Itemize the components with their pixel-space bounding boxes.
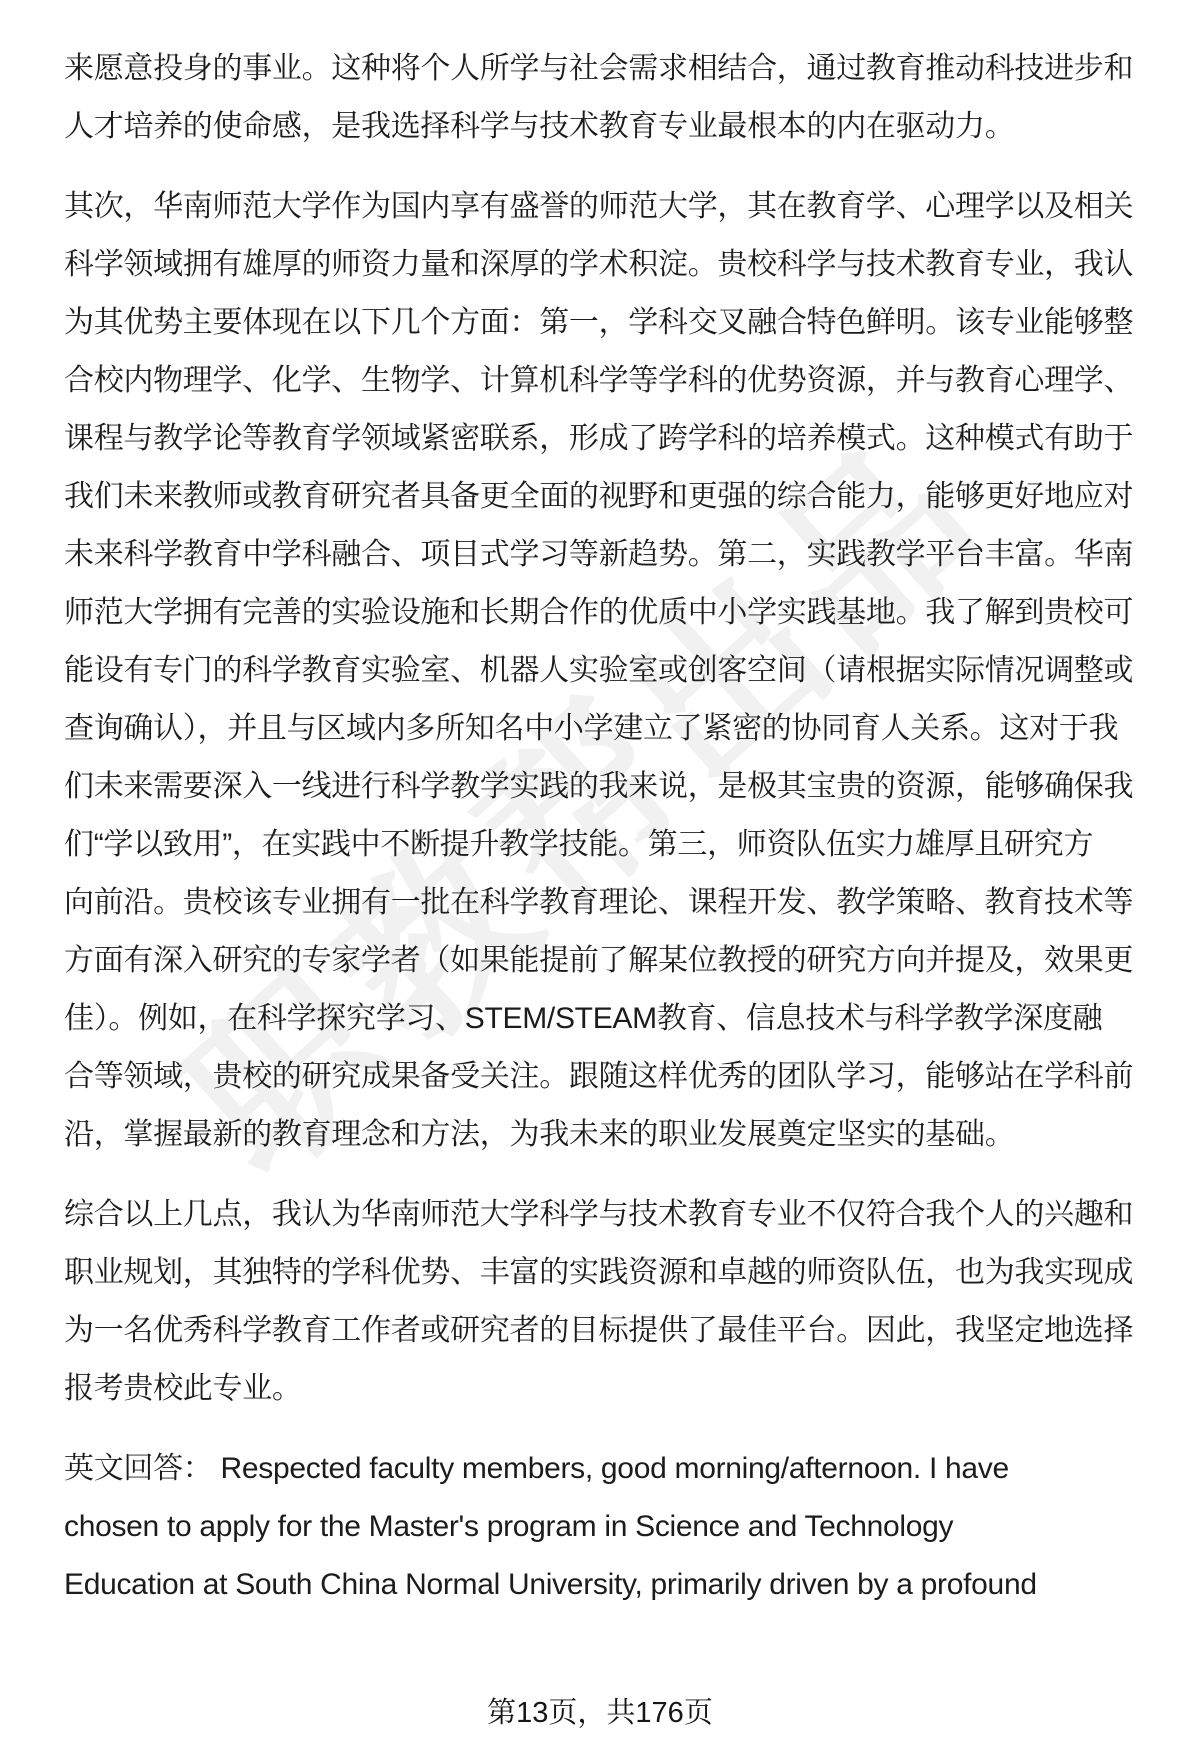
text-line: 未来科学教育中学科融合、项目式学习等新趋势。第二，实践教学平台丰富。华南 (64, 526, 1136, 584)
text-line: 职业规划，其独特的学科优势、丰富的实践资源和卓越的师资队伍，也为我实现成 (64, 1244, 1136, 1302)
text-line: 们未来需要深入一线进行科学教学实践的我来说，是极其宝贵的资源，能够确保我 (64, 758, 1136, 816)
text-line: 人才培养的使命感，是我选择科学与技术教育专业最根本的内在驱动力。 (64, 98, 1136, 156)
text-line: 课程与教学论等教育学领域紧密联系，形成了跨学科的培养模式。这种模式有助于 (64, 410, 1136, 468)
text-line: chosen to apply for the Master's program… (64, 1498, 1136, 1556)
text-line: 科学领域拥有雄厚的师资力量和深厚的学术积淀。贵校科学与技术教育专业，我认 (64, 236, 1136, 294)
text-line: 合等领域，贵校的研究成果备受关注。跟随这样优秀的团队学习，能够站在学科前 (64, 1048, 1136, 1106)
text-line: 为一名优秀科学教育工作者或研究者的目标提供了最佳平台。因此，我坚定地选择 (64, 1302, 1136, 1360)
text-line: 方面有深入研究的专家学者（如果能提前了解某位教授的研究方向并提及，效果更 (64, 932, 1136, 990)
text-line: 向前沿。贵校该专业拥有一批在科学教育理论、课程开发、教学策略、教育技术等 (64, 874, 1136, 932)
text-line: Education at South China Normal Universi… (64, 1556, 1136, 1614)
paragraph: 来愿意投身的事业。这种将个人所学与社会需求相结合，通过教育推动科技进步和 人才培… (64, 40, 1136, 156)
paragraph-english-answer: 英文回答： Respected faculty members, good mo… (64, 1440, 1136, 1614)
text-line: 佳）。例如，在科学探究学习、STEM/STEAM教育、信息技术与科学教学深度融 (64, 990, 1136, 1048)
text-line: 来愿意投身的事业。这种将个人所学与社会需求相结合，通过教育推动科技进步和 (64, 40, 1136, 98)
text-line: 师范大学拥有完善的实验设施和长期合作的优质中小学实践基地。我了解到贵校可 (64, 584, 1136, 642)
text-line: 英文回答： Respected faculty members, good mo… (64, 1440, 1136, 1498)
text-line: 其次，华南师范大学作为国内享有盛誉的师范大学，其在教育学、心理学以及相关 (64, 178, 1136, 236)
text-line: 们“学以致用”，在实践中不断提升教学技能。第三，师资队伍实力雄厚且研究方 (64, 816, 1136, 874)
page-number-indicator: 第13页，共176页 (0, 1696, 1200, 1730)
text-line: 能设有专门的科学教育实验室、机器人实验室或创客空间（请根据实际情况调整或 (64, 642, 1136, 700)
text-line: 我们未来教师或教育研究者具备更全面的视野和更强的综合能力，能够更好地应对 (64, 468, 1136, 526)
text-line: 综合以上几点，我认为华南师范大学科学与技术教育专业不仅符合我个人的兴趣和 (64, 1186, 1136, 1244)
text-line: 报考贵校此专业。 (64, 1360, 1136, 1418)
paragraph: 其次，华南师范大学作为国内享有盛誉的师范大学，其在教育学、心理学以及相关 科学领… (64, 178, 1136, 1164)
page-body: 来愿意投身的事业。这种将个人所学与社会需求相结合，通过教育推动科技进步和 人才培… (64, 40, 1136, 1636)
text-line: 合校内物理学、化学、生物学、计算机科学等学科的优势资源，并与教育心理学、 (64, 352, 1136, 410)
text-line: 查询确认），并且与区域内多所知名中小学建立了紧密的协同育人关系。这对于我 (64, 700, 1136, 758)
text-line: 沿，掌握最新的教育理念和方法，为我未来的职业发展奠定坚实的基础。 (64, 1106, 1136, 1164)
paragraph: 综合以上几点，我认为华南师范大学科学与技术教育专业不仅符合我个人的兴趣和 职业规… (64, 1186, 1136, 1418)
document-page: 职教帮出品 来愿意投身的事业。这种将个人所学与社会需求相结合，通过教育推动科技进… (0, 0, 1200, 1755)
text-line: 为其优势主要体现在以下几个方面：第一，学科交叉融合特色鲜明。该专业能够整 (64, 294, 1136, 352)
